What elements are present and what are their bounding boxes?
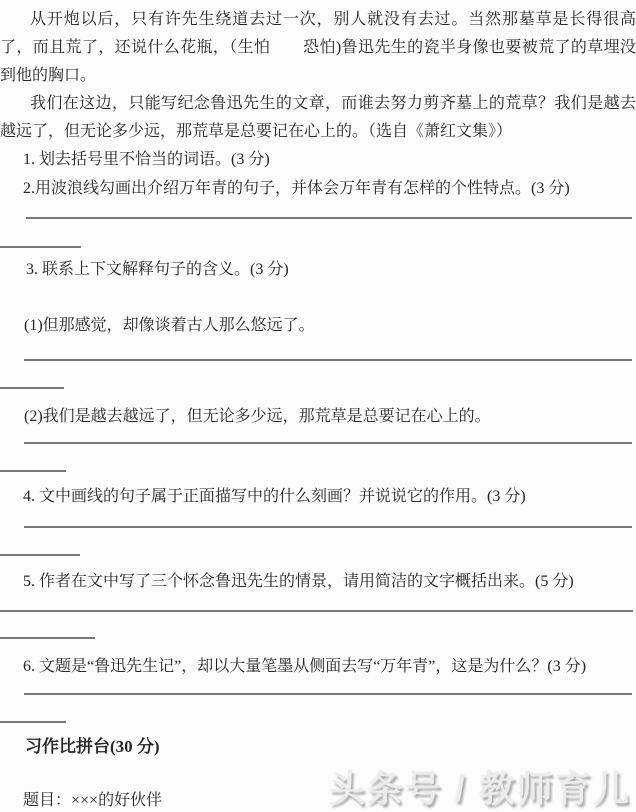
question-6: 6. 文题是“鲁迅先生记”，却以大量笔墨从侧面去写“万年青”，这是为什么？(3 …: [23, 653, 586, 681]
toutiao-watermark: 头条号 / 教师育儿: [329, 761, 631, 812]
question-3-sub-2: (2)我们是越去越远了，但无论多少远，那荒草是总要记在心上的。: [24, 403, 491, 431]
question-1: 1. 划去括号里不恰当的词语。(3 分): [23, 146, 270, 174]
answer-line-q3s1-short: [0, 387, 64, 389]
answer-line-q3s1-long: [24, 359, 632, 361]
writing-section-heading: 习作比拼台(30 分): [25, 733, 160, 761]
answer-line-q2-short: [0, 246, 81, 248]
passage-paragraph-2: 我们在这边，只能写纪念鲁迅先生的文章，而谁去努力剪齐墓上的荒草？我们是越去越远了…: [0, 90, 636, 146]
question-4: 4. 文中画线的句子属于正面描写中的什么刻画？并说说它的作用。(3 分): [23, 483, 526, 511]
passage-paragraph-1: 从开炮以后，只有许先生绕道去过一次，别人就没有去过。当然那墓草是长得很高了，而且…: [0, 6, 636, 90]
answer-line-q4-short: [0, 554, 80, 556]
question-5: 5. 作者在文中写了三个怀念鲁迅先生的情景，请用简洁的文字概括出来。(5 分): [23, 568, 574, 596]
question-2: 2.用波浪线勾画出介绍万年青的句子，并体会万年青有怎样的个性特点。(3 分): [23, 175, 570, 203]
question-3-sub-1: (1)但那感觉，却像谈着古人那么悠远了。: [24, 312, 315, 340]
answer-line-q2-long: [26, 217, 632, 219]
writing-topic: 题目：×××的好伙伴: [23, 787, 162, 812]
question-3: 3. 联系上下文解释句子的含义。(3 分): [26, 256, 289, 284]
answer-line-q6-short: [0, 721, 66, 723]
exam-page: 从开炮以后，只有许先生绕道去过一次，别人就没有去过。当然那墓草是长得很高了，而且…: [0, 0, 636, 812]
answer-line-q3s2-long: [24, 442, 632, 444]
answer-line-q6-long: [24, 693, 632, 695]
answer-line-q4-long: [24, 526, 632, 528]
answer-line-q3s2-short: [0, 470, 66, 472]
answer-line-q5-long: [0, 610, 633, 612]
answer-line-q5-short: [0, 637, 95, 639]
